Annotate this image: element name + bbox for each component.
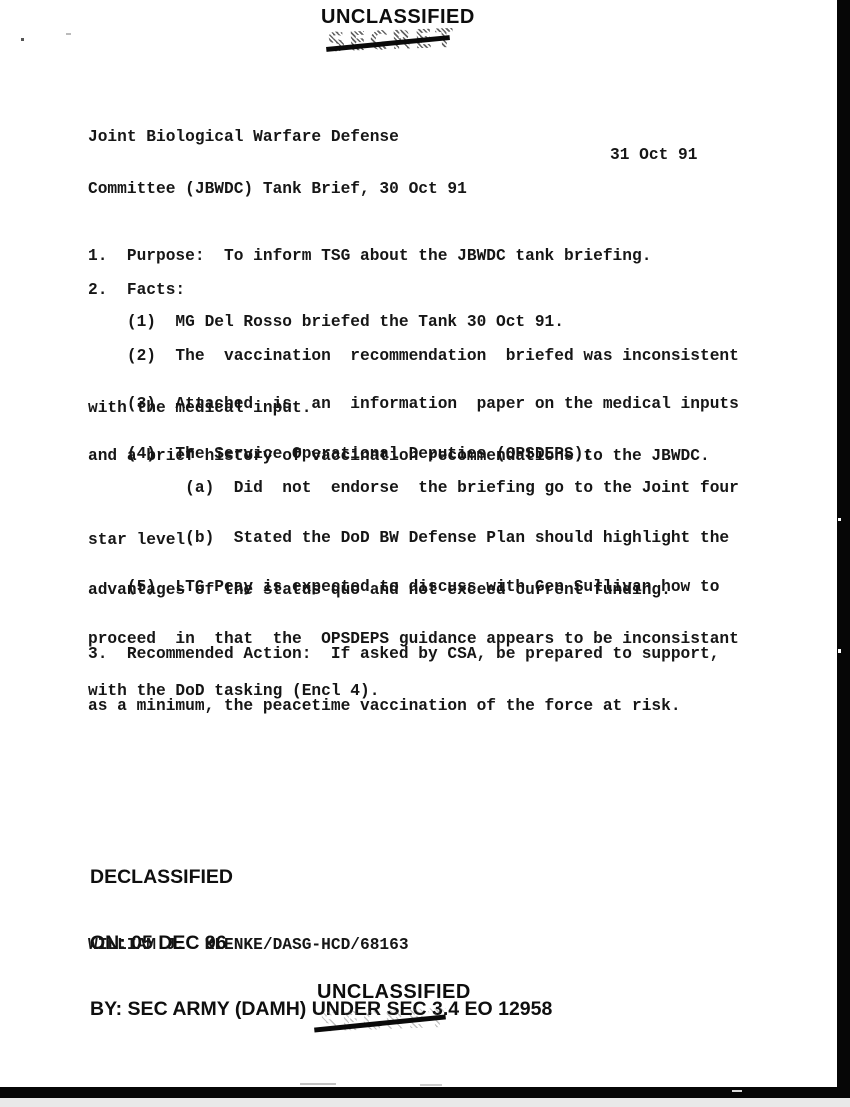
scan-artifact [838,518,841,521]
scanned-memo-page: UNCLASSIFIED SECRET Joint Biological War… [0,0,850,1107]
classification-bottom-label: UNCLASSIFIED [317,981,471,1004]
paragraph-recommended-action: 3. Recommended Action: If asked by CSA, … [88,611,719,750]
declassified-label: DECLASSIFIED [90,866,552,888]
scan-artifact [838,649,841,653]
scan-artifact [66,33,71,35]
memo-date: 31 Oct 91 [610,146,697,164]
doc-line: WILLIAM J. KLENKE/DASG-HCD/68163 [88,937,409,954]
scan-artifact [420,1084,442,1086]
subject-line: Joint Biological Warfare Defense [88,129,467,146]
subject-line: Committee (JBWDC) Tank Brief, 30 Oct 91 [88,181,467,198]
author-office-line: WILLIAM J. KLENKE/DASG-HCD/68163 [88,902,409,989]
scan-edge-strip [0,1098,850,1107]
scan-artifact [21,38,24,41]
scan-edge-bar-right [837,0,850,1098]
scan-artifact [732,1090,742,1092]
doc-line: (5) LTG Peay is expected to discuss with… [88,579,739,596]
scan-edge-bar-bottom [0,1087,850,1098]
doc-line: as a minimum, the peacetime vaccination … [88,698,719,715]
doc-line: 3. Recommended Action: If asked by CSA, … [88,646,719,663]
scan-artifact [300,1083,336,1085]
